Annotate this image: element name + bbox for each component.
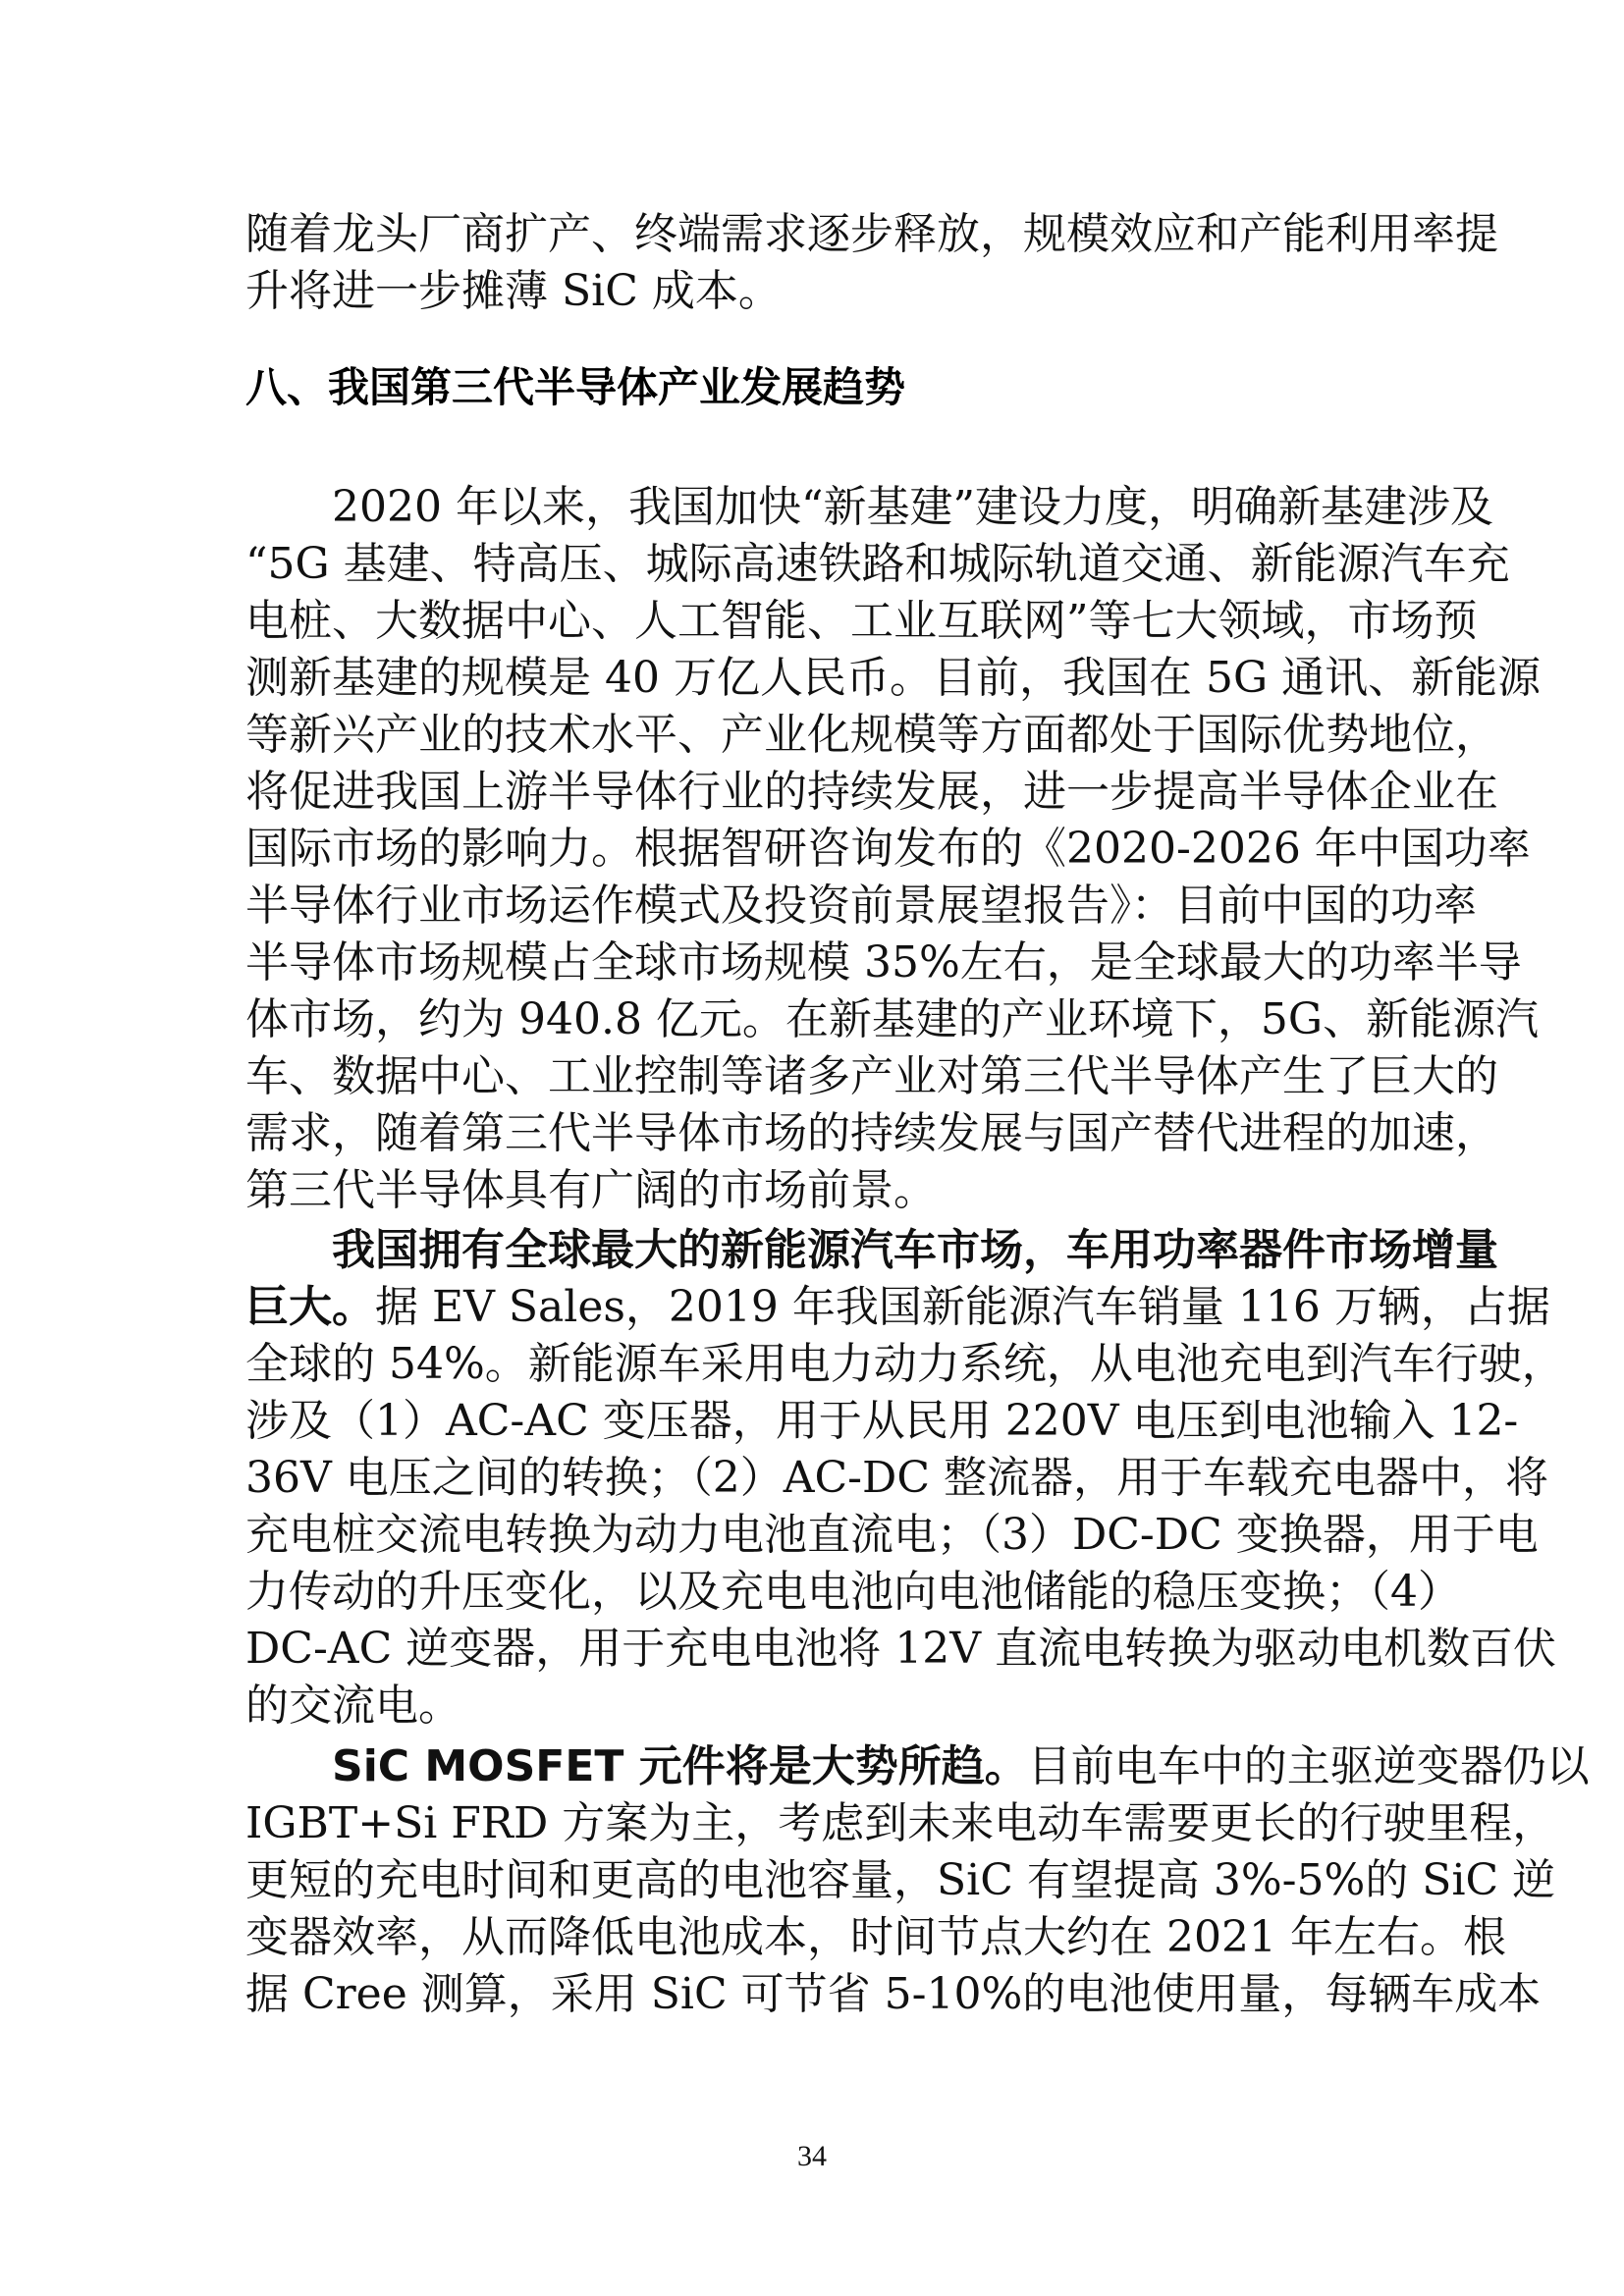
- text-line: 半导体行业市场运作模式及投资前景展望报告》：目前中国的功率: [245, 878, 1394, 934]
- text-span: 据 EV Sales，2019 年我国新能源汽车销量 116 万辆，占据: [375, 1282, 1550, 1332]
- text-line: 涉及（1）AC-AC 变压器，用于从民用 220V 电压到电池输入 12-: [245, 1393, 1394, 1450]
- text-line: 更短的充电时间和更高的电池容量，SiC 有望提高 3%-5%的 SiC 逆: [245, 1852, 1394, 1909]
- text-line: 体市场，约为 940.8 亿元。在新基建的产业环境下，5G、新能源汽: [245, 991, 1394, 1048]
- bold-lead-text: SiC MOSFET 元件将是大势所趋。: [332, 1741, 1028, 1791]
- text-line: 第三代半导体具有广阔的市场前景。: [245, 1162, 1394, 1219]
- text-line: 等新兴产业的技术水平、产业化规模等方面都处于国际优势地位，: [245, 707, 1394, 764]
- text-line: 充电桩交流电转换为动力电池直流电；（3）DC-DC 变换器，用于电: [245, 1507, 1394, 1564]
- text-line: “5G 基建、特高压、城际高速铁路和城际轨道交通、新能源汽车充: [245, 536, 1394, 593]
- text-line: 半导体市场规模占全球市场规模 35%左右，是全球最大的功率半导: [245, 934, 1394, 991]
- bold-lead-text: 我国拥有全球最大的新能源汽车市场，车用功率器件市场增量: [332, 1222, 1394, 1279]
- text-line: 国际市场的影响力。根据智研咨询发布的《2020-2026 年中国功率: [245, 821, 1394, 878]
- text-line: 变器效率，从而降低电池成本，时间节点大约在 2021 年左右。根: [245, 1909, 1394, 1966]
- text-line: 全球的 54%。新能源车采用电力动力系统，从电池充电到汽车行驶，: [245, 1336, 1394, 1393]
- text-line: 2020 年以来，我国加快“新基建”建设力度，明确新基建涉及: [332, 479, 1394, 536]
- text-line: 据 Cree 测算，采用 SiC 可节省 5-10%的电池使用量，每辆车成本: [245, 1966, 1394, 2023]
- text-line: 随着龙头厂商扩产、终端需求逐步释放，规模效应和产能利用率提: [245, 206, 1394, 263]
- text-line: 需求，随着第三代半导体市场的持续发展与国产替代进程的加速，: [245, 1105, 1394, 1162]
- section-heading: 八、我国第三代半导体产业发展趋势: [245, 359, 905, 416]
- text-line: 将促进我国上游半导体行业的持续发展，进一步提高半导体企业在: [245, 764, 1394, 821]
- page-number: 34: [0, 2140, 1624, 2173]
- text-line: 力传动的升压变化，以及充电电池向电池储能的稳压变换；（4）: [245, 1564, 1394, 1621]
- text-line: IGBT+Si FRD 方案为主，考虑到未来电动车需要更长的行驶里程，: [245, 1795, 1394, 1852]
- text-line: 电桩、大数据中心、人工智能、工业互联网”等七大领域，市场预: [245, 593, 1394, 650]
- text-span: 目前电车中的主驱逆变器仍以: [1028, 1741, 1590, 1791]
- text-line: 升将进一步摊薄 SiC 成本。: [245, 263, 1394, 320]
- text-line: 巨大。据 EV Sales，2019 年我国新能源汽车销量 116 万辆，占据: [245, 1279, 1394, 1336]
- text-line: 车、数据中心、工业控制等诸多产业对第三代半导体产生了巨大的: [245, 1048, 1394, 1105]
- text-line: 的交流电。: [245, 1678, 1394, 1735]
- text-line: 36V 电压之间的转换；（2）AC-DC 整流器，用于车载充电器中，将: [245, 1450, 1394, 1507]
- document-page: 随着龙头厂商扩产、终端需求逐步释放，规模效应和产能利用率提 升将进一步摊薄 Si…: [0, 0, 1624, 2296]
- text-line: DC-AC 逆变器，用于充电电池将 12V 直流电转换为驱动电机数百伏: [245, 1621, 1394, 1678]
- text-line: 测新基建的规模是 40 万亿人民币。目前，我国在 5G 通讯、新能源: [245, 650, 1394, 707]
- bold-lead-text: 巨大。: [245, 1282, 375, 1332]
- text-line: SiC MOSFET 元件将是大势所趋。目前电车中的主驱逆变器仍以: [332, 1738, 1394, 1795]
